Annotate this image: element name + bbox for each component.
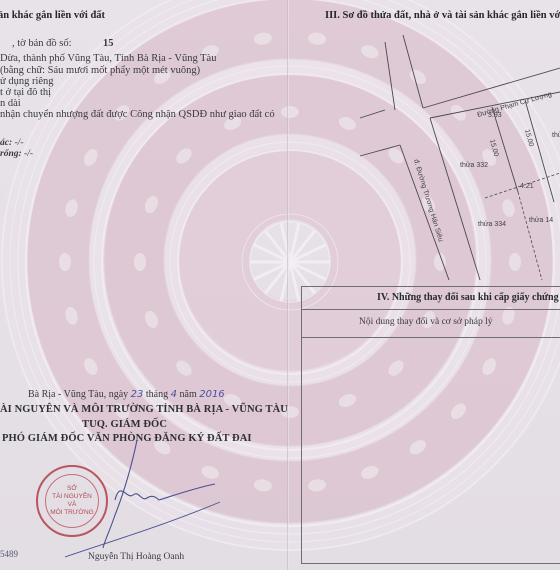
signer-name: Nguyễn Thị Hoàng Oanh [88,551,184,563]
left-heading-fragment: ản khác gắn liền với đất [0,10,105,22]
parcel-map: Đường Phạm Cự Lượng đ. Đường Trương Hán … [290,30,560,280]
authority-line-3: PHÓ GIÁM ĐỐC VĂN PHÒNG ĐĂNG KÝ ĐẤT ĐAI [2,433,252,445]
parcel-label-14: thửa 14 [529,216,553,224]
extra-field-1-label: ác: [0,138,12,148]
usage-origin: nhận chuyển nhượng đất được Công nhận QS… [0,109,275,121]
stamp-line-1: SỞ [67,485,77,493]
map-sheet-label: , tờ bản đồ số: [12,38,72,50]
issuance-place: Bà Rịa - Vũng Tàu, ngày [28,389,128,400]
extra-field-2: rổng: -/- [0,148,33,160]
changes-column-label: Nội dung thay đổi và cơ sở pháp lý [359,317,493,327]
parcel-label-332: thửa 332 [460,161,488,169]
issuance-date: Bà Rịa - Vũng Tàu, ngày 23 tháng 4 năm 2… [28,389,225,401]
dimension-top: 3.93 [488,112,502,119]
extra-field-2-label: rổng: [0,149,22,159]
serial-number: 5489 [0,548,18,560]
road-label-truong-han-sieu: đ. Đường Trương Hán Siêu [412,159,444,243]
dimension-bottom: 4.21 [520,183,534,190]
extra-field-1-value: -/- [15,138,24,148]
address-line: Dừa, thành phố Vũng Tàu, Tỉnh Bà Rịa - V… [0,53,216,65]
page-fold [287,0,289,570]
changes-table: IV. Những thay đổi sau khi cấp giấy chứn… [301,286,560,564]
extra-field-2-value: -/- [24,149,33,159]
map-sheet-number: 15 [103,38,114,50]
authority-line-2: TUQ. GIÁM ĐỐC [82,419,167,431]
dimension-right: 15.00 [523,129,534,148]
dimension-left: 15.00 [488,139,499,158]
issuance-month: 4 [171,389,177,400]
issuance-day: 23 [131,389,144,400]
section-iv-title: IV. Những thay đổi sau khi cấp giấy chứn… [377,292,559,303]
official-stamp: SỞ TÀI NGUYÊN VÀ MÔI TRƯỜNG [36,465,108,537]
parcel-label-partial: thử [552,131,560,139]
year-label: năm [180,389,197,400]
changes-table-header: IV. Những thay đổi sau khi cấp giấy chứn… [302,287,560,310]
authority-line-1: ÀI NGUYÊN VÀ MÔI TRƯỜNG TỈNH BÀ RỊA - VŨ… [0,404,288,416]
stamp-line-2: TÀI NGUYÊN [52,493,92,501]
section-iii-title: III. Sơ đồ thửa đất, nhà ở và tài sản kh… [325,10,560,22]
changes-table-column-header: Nội dung thay đổi và cơ sở pháp lý [302,310,560,338]
month-label: tháng [146,389,168,400]
stamp-line-4: MÔI TRƯỜNG [50,509,94,517]
parcel-label-334: thửa 334 [478,220,506,228]
issuance-year: 2016 [199,389,224,400]
stamp-line-3: VÀ [68,501,77,509]
